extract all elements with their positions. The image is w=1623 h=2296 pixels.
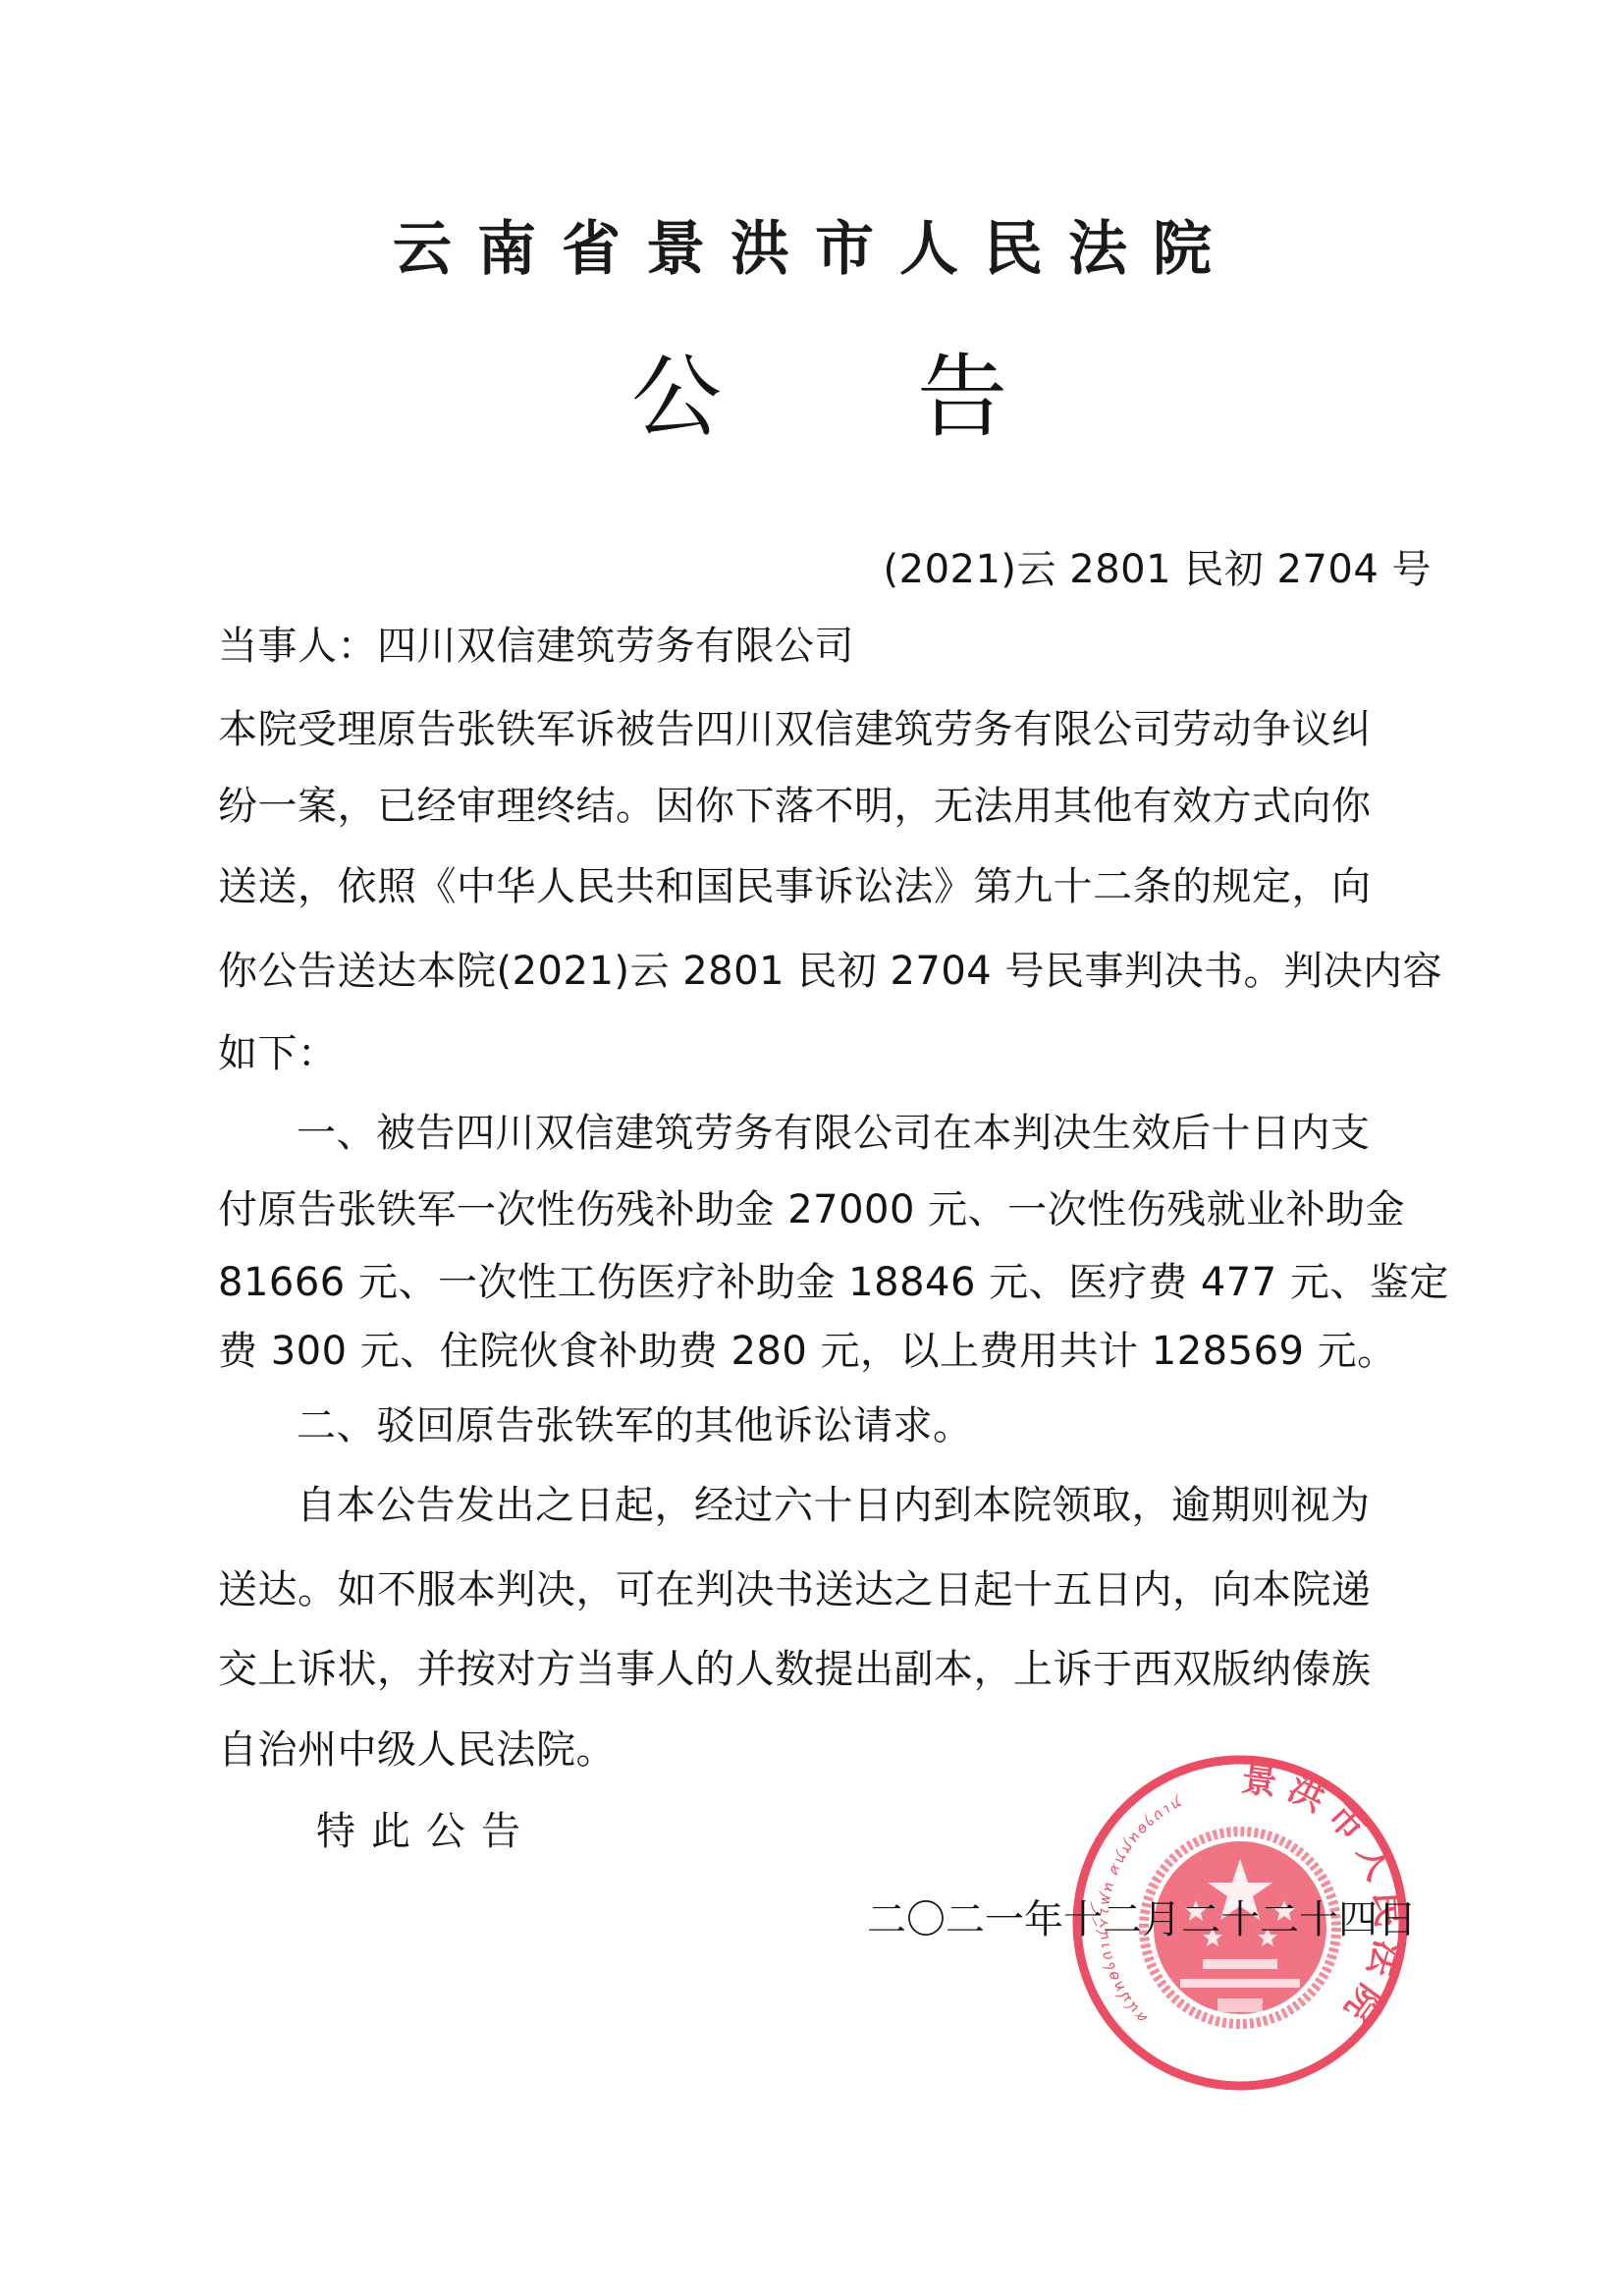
doc-type-char-1: 公 xyxy=(631,349,722,447)
issue-date: 二〇二一年十二月二十二十四日 xyxy=(867,1895,1417,1944)
case-number: (2021)云 2801 民初 2704 号 xyxy=(884,545,1432,594)
document-page: 云南省景洪市人民法院 公 告 (2021)云 2801 民初 2704 号 当事… xyxy=(0,0,1623,2296)
notice-line: 自本公告发出之日起，经过六十日内到本院领取，逾期则视为 xyxy=(297,1481,1435,1530)
judgment-line: 81666 元、一次性工伤医疗补助金 18846 元、医疗费 477 元、鉴定 xyxy=(218,1258,1435,1307)
body-line: 本院受理原告张铁军诉被告四川双信建筑劳务有限公司劳动争议纠 xyxy=(218,705,1435,754)
body-line: 纷一案，已经审理终结。因你下落不明，无法用其他有效方式向你 xyxy=(218,782,1435,831)
body-line: 送送，依照《中华人民共和国民事诉讼法》第九十二条的规定，向 xyxy=(218,862,1435,911)
doc-type-char-2: 告 xyxy=(917,349,1007,447)
notice-line: 交上诉状，并按对方当事人的人数提出副本，上诉于西双版纳傣族 xyxy=(218,1645,1435,1694)
notice-line: 送达。如不服本判决，可在判决书送达之日起十五日内，向本院递 xyxy=(218,1565,1435,1614)
judgment-line: 付原告张铁军一次性伤残补助金 27000 元、一次性伤残就业补助金 xyxy=(218,1185,1435,1234)
body-line: 你公告送达本院(2021)云 2801 民初 2704 号民事判决书。判决内容 xyxy=(218,947,1435,996)
judgment-line: 费 300 元、住院伙食补助费 280 元，以上费用共计 128569 元。 xyxy=(218,1327,1435,1376)
judgment-line: 二、驳回原告张铁军的其他诉讼请求。 xyxy=(297,1401,1435,1450)
party-line: 当事人：四川双信建筑劳务有限公司 xyxy=(218,622,1435,671)
court-name-heading: 云南省景洪市人民法院 xyxy=(393,214,1267,285)
judgment-line: 一、被告四川双信建筑劳务有限公司在本判决生效后十日内支 xyxy=(297,1109,1435,1158)
body-line: 如下： xyxy=(218,1029,1435,1078)
closing-phrase: 特此公告 xyxy=(316,1807,536,1856)
